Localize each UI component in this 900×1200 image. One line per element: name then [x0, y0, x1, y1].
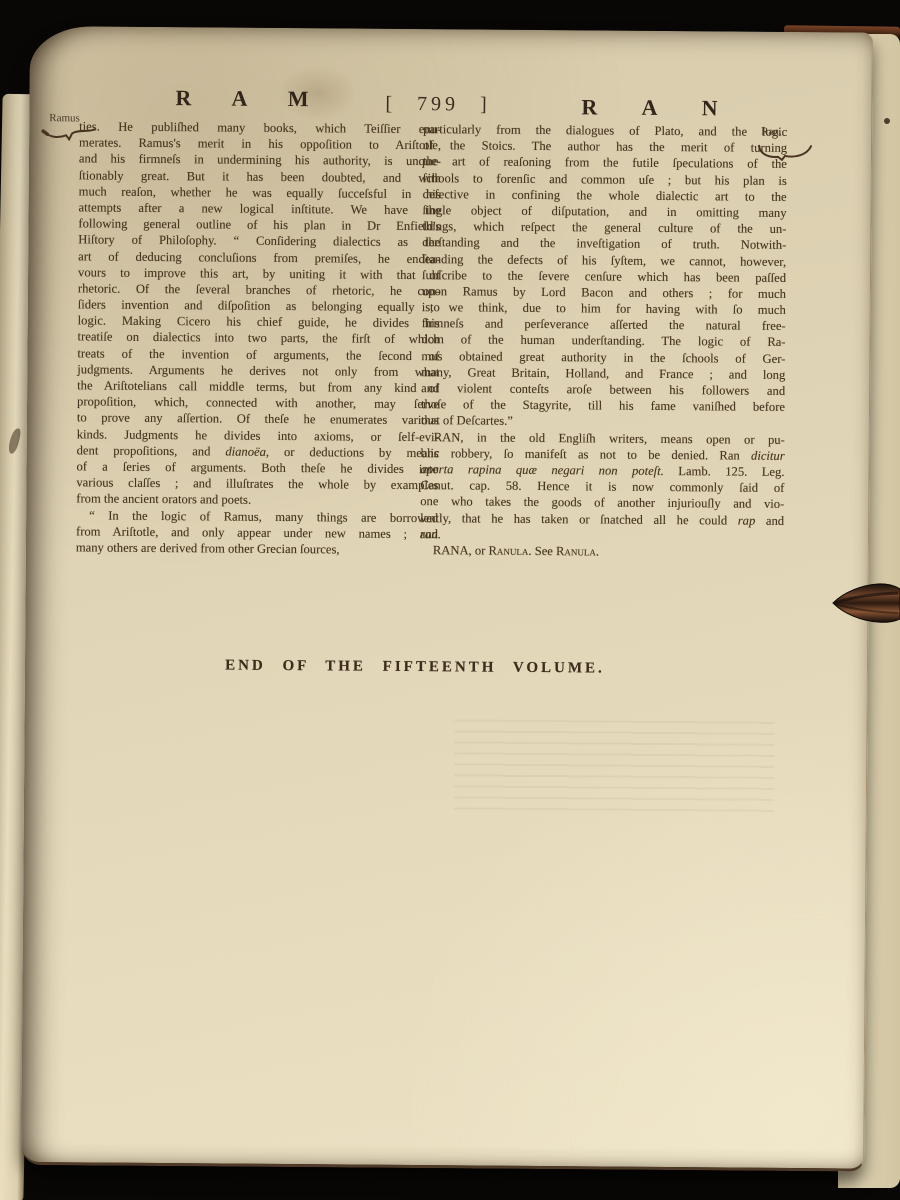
- book-page: R A M [ 799 ] R A N Ramus Ran. ties. He …: [21, 26, 873, 1172]
- text-line: many others are derived from other Greci…: [76, 539, 438, 558]
- column-right: particularly from the dialogues of Plato…: [420, 121, 787, 561]
- print-show-through: [454, 719, 775, 812]
- speck: [884, 118, 890, 124]
- running-head-right: R A N: [581, 94, 737, 121]
- margin-note-left: Ramus: [49, 112, 80, 124]
- running-head-left: R A M: [175, 85, 326, 112]
- text-line: RANA, or Ranula. See Ranula.: [420, 542, 784, 561]
- text-line: lently, that he has taken or ſnatched al…: [420, 510, 784, 529]
- book-photo: R A M [ 799 ] R A N Ramus Ran. ties. He …: [0, 0, 900, 1200]
- page-number: [ 799 ]: [385, 93, 491, 117]
- column-left: ties. He publiſhed many books, which Tei…: [76, 118, 441, 558]
- end-of-volume-line: END OF THE FIFTEENTH VOLUME.: [25, 656, 805, 679]
- book-clasp: [832, 579, 900, 627]
